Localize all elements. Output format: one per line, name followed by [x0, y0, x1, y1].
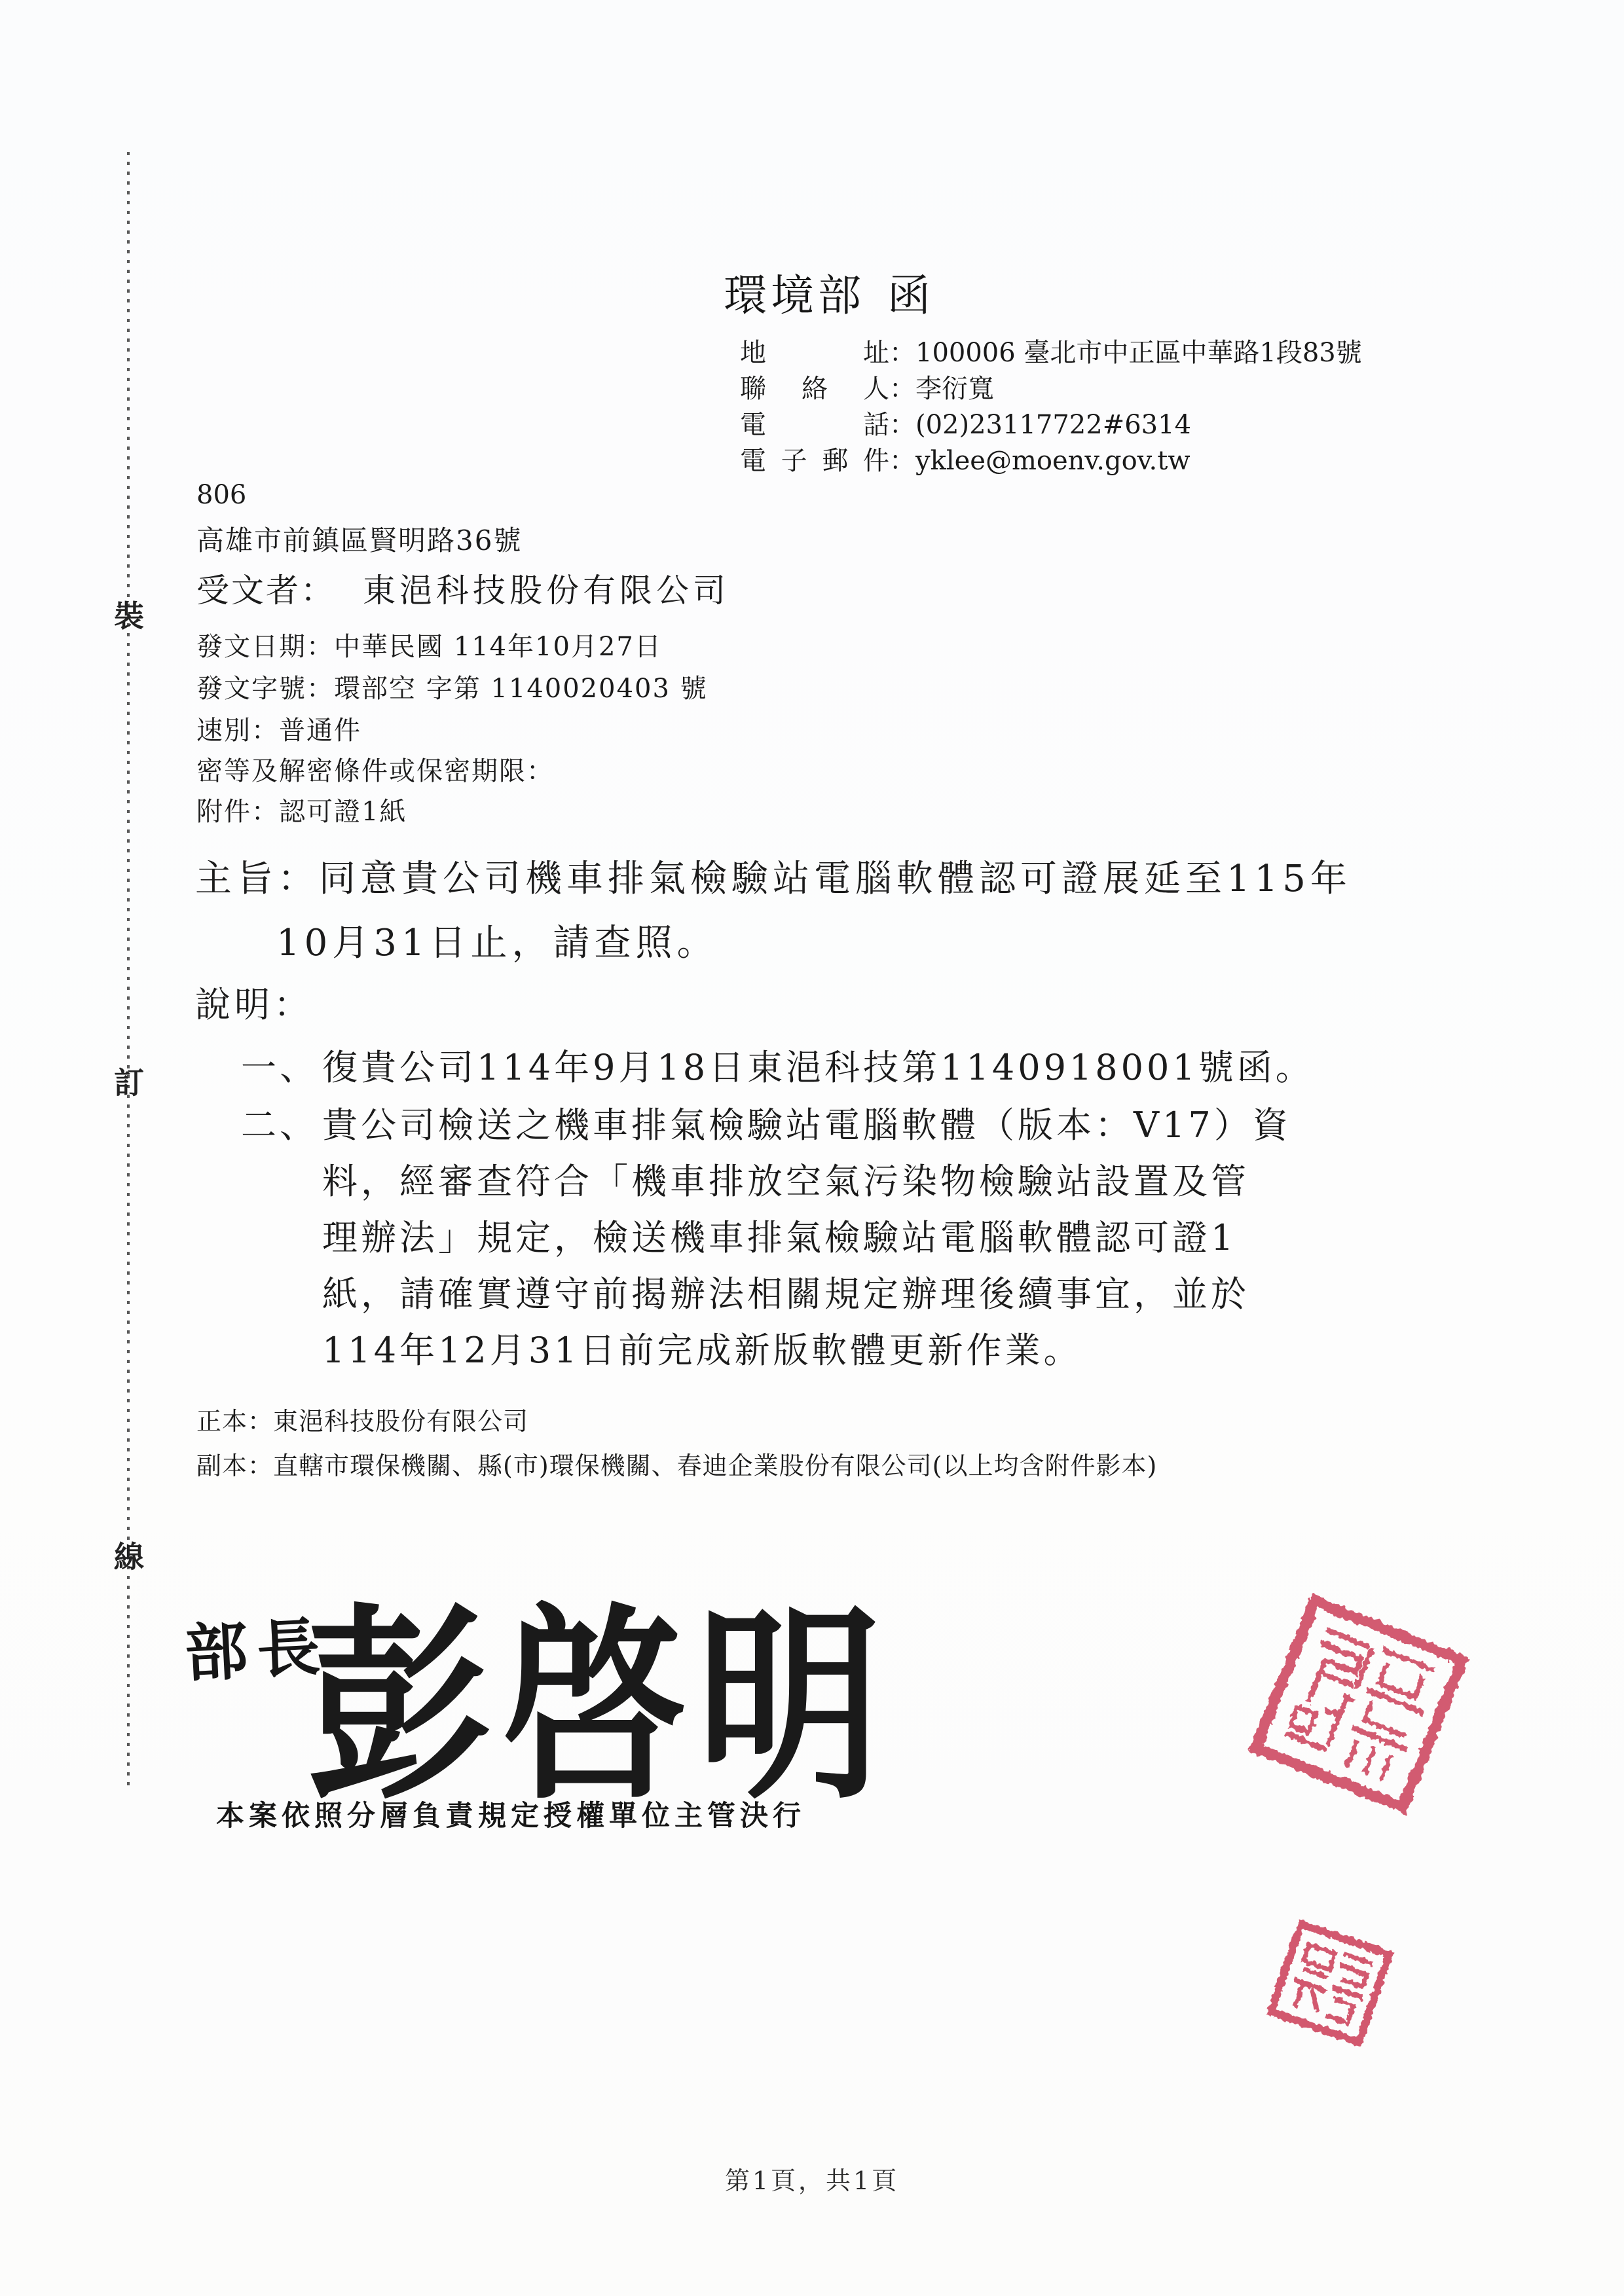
name-seal-stamp: [1264, 1918, 1396, 2049]
description-item-2-line5: 114年12月31日前完成新版軟體更新作業。: [322, 1322, 1082, 1373]
copy-value: 東浥科技股份有限公司: [273, 1407, 528, 1436]
meta-label: 速別：: [196, 716, 279, 746]
meta-row-secrecy: 密等及解密條件或保密期限：: [196, 750, 554, 788]
page-number-footer: 第1頁，共1頁: [0, 2160, 1624, 2196]
company-seal-icon: [1246, 1591, 1472, 1817]
meta-row-speed: 速別：普通件: [196, 710, 361, 747]
contact-value: 100006 臺北市中正區中華路1段83號: [915, 338, 1362, 368]
meta-value: 環部空 字第 1140020403 號: [334, 674, 708, 704]
meta-label: 附件：: [196, 797, 279, 827]
description-item-2-line4: 紙，請確實遵守前揭辦法相關規定辦理後續事宜，並於: [322, 1266, 1249, 1317]
recipient-label: 受文者：: [196, 572, 335, 610]
document-type: 函: [887, 270, 934, 321]
meta-label: 密等及解密條件或保密期限：: [196, 756, 554, 786]
agency-name: 環境部: [724, 270, 865, 321]
contact-row-address: 地址：100006 臺北市中正區中華路1段83號: [740, 335, 1362, 371]
authorization-note: 本案依照分層負責規定授權單位主管決行: [216, 1794, 805, 1834]
description-label: 說明：: [195, 977, 313, 1027]
description-item-2-line1: 二、貴公司檢送之機車排氣檢驗站電腦軟體（版本：V17）資: [241, 1097, 1291, 1148]
subject-label: 主旨：: [195, 858, 319, 900]
contact-label: 聯絡人: [740, 371, 889, 407]
contact-value: (02)23117722#6314: [915, 410, 1191, 440]
document-title: 環境部函: [724, 261, 934, 323]
contact-row-person: 聯絡人：李衍寬: [740, 371, 1362, 407]
recipient-address: 高雄市前鎮區賢明路36號: [196, 519, 522, 558]
contact-value: 李衍寬: [915, 374, 994, 404]
company-seal-stamp: [1246, 1591, 1472, 1817]
contact-row-phone: 電話：(02)23117722#6314: [740, 407, 1362, 443]
binding-char-ding: 訂: [110, 1059, 148, 1102]
item-text: 復貴公司114年9月18日東浥科技第1140918001號函。: [322, 1047, 1314, 1088]
copy-label: 副本：: [196, 1451, 273, 1480]
cc-copy-row: 副本：直轄市環保機關、縣(市)環保機關、春迪企業股份有限公司(以上均含附件影本): [196, 1446, 1157, 1482]
meta-value: 普通件: [279, 716, 361, 746]
recipient-zip: 806: [196, 480, 246, 510]
contact-label: 電子郵件: [740, 443, 889, 479]
description-item-1: 一、復貴公司114年9月18日東浥科技第1140918001號函。: [241, 1040, 1314, 1090]
meta-value: 中華民國 114年10月27日: [334, 632, 662, 662]
contact-value: yklee@moenv.gov.tw: [915, 446, 1190, 476]
recipient-row: 受文者：東浥科技股份有限公司: [196, 564, 729, 611]
item-text: 貴公司檢送之機車排氣檢驗站電腦軟體（版本：V17）資: [322, 1104, 1291, 1146]
binding-char-xian: 線: [110, 1533, 148, 1576]
item-number: 二、: [241, 1097, 322, 1148]
meta-row-number: 發文字號：環部空 字第 1140020403 號: [196, 668, 708, 705]
agency-contact-block: 地址：100006 臺北市中正區中華路1段83號 聯絡人：李衍寬 電話：(02)…: [740, 335, 1362, 479]
contact-colon: ：: [889, 374, 915, 404]
contact-colon: ：: [889, 338, 915, 368]
description-item-2-line2: 料，經審查符合「機車排放空氣污染物檢驗站設置及管: [322, 1154, 1249, 1204]
meta-row-date: 發文日期：中華民國 114年10月27日: [196, 626, 662, 663]
name-seal-icon: [1264, 1918, 1396, 2049]
recipient-company: 東浥科技股份有限公司: [363, 572, 729, 610]
description-item-2-line3: 理辦法」規定，檢送機車排氣檢驗站電腦軟體認可證1: [322, 1210, 1236, 1260]
copy-value: 直轄市環保機關、縣(市)環保機關、春迪企業股份有限公司(以上均含附件影本): [273, 1451, 1157, 1480]
original-copy-row: 正本：東浥科技股份有限公司: [196, 1401, 528, 1437]
subject-text-line2: 10月31日止，請查照。: [276, 914, 718, 966]
meta-label: 發文日期：: [196, 632, 334, 662]
binding-char-zhuang: 裝: [110, 592, 148, 636]
copy-label: 正本：: [196, 1407, 273, 1436]
minister-signature-calligraphy: 彭啓明: [306, 1540, 892, 1838]
meta-label: 發文字號：: [196, 674, 334, 704]
contact-colon: ：: [889, 410, 915, 440]
contact-colon: ：: [889, 446, 915, 476]
subject-text-line1: 同意貴公司機車排氣檢驗站電腦軟體認可證展延至115年: [319, 858, 1352, 900]
item-number: 一、: [241, 1040, 322, 1090]
contact-row-email: 電子郵件：yklee@moenv.gov.tw: [740, 443, 1362, 479]
scanned-official-letter: 裝 訂 線 環境部函 地址：100006 臺北市中正區中華路1段83號 聯絡人：…: [0, 0, 1624, 2296]
contact-label: 電話: [740, 407, 889, 443]
subject-row: 主旨：同意貴公司機車排氣檢驗站電腦軟體認可證展延至115年: [195, 850, 1352, 902]
meta-row-attachment: 附件：認可證1紙: [196, 791, 407, 828]
meta-value: 認可證1紙: [279, 797, 407, 827]
contact-label: 地址: [740, 335, 889, 371]
